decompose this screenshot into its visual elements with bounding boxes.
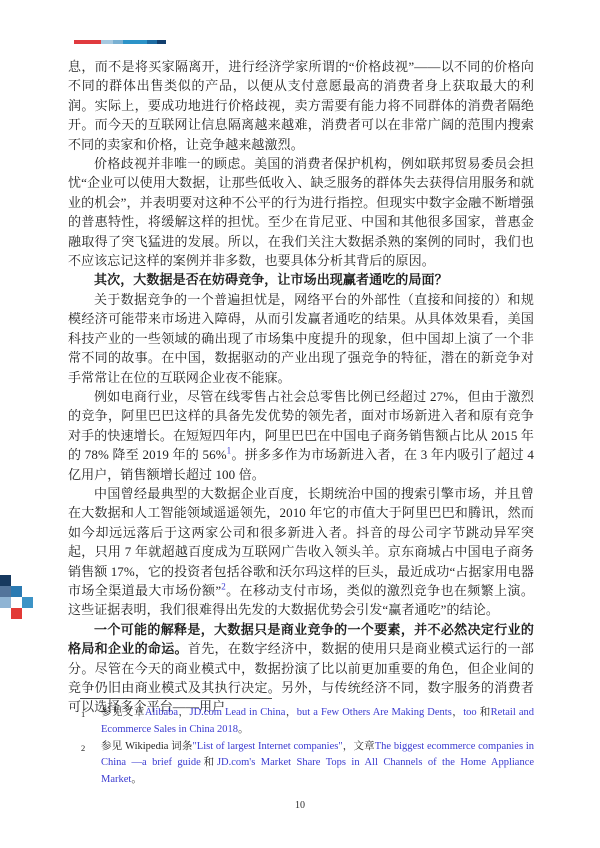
paragraph: 价格歧视并非唯一的顾虑。美国的消费者保护机构，例如联邦贸易委员会担忧“企业可以使… — [68, 154, 534, 270]
pixel-square — [22, 597, 33, 608]
paragraph: 关于数据竞争的一个普遍担忧是，网络平台的外部性（直接和间接的）和规模经济可能带来… — [68, 290, 534, 387]
paragraph: 中国曾经最典型的大数据企业百度，长期统治中国的搜索引擎市场，并且曾在大数据和人工… — [68, 484, 534, 620]
pixel-square — [11, 608, 22, 619]
footnote-separator — [80, 698, 272, 699]
footnote: 1 参见文章Alibaba，JD.com Lead in China，but a… — [68, 705, 534, 739]
color-bar-segment — [74, 40, 101, 44]
color-bar-segment — [113, 40, 123, 44]
pixel-square — [0, 586, 11, 597]
footnote-text: 参见 Wikipedia 词条"List of largest Internet… — [101, 739, 534, 789]
link-text[interactable]: Alibaba — [145, 707, 178, 718]
footnote: 2 参见 Wikipedia 词条"List of largest Intern… — [68, 739, 534, 789]
text-run: 和 — [201, 757, 217, 768]
color-bar-segment — [147, 40, 157, 44]
color-bar-segment — [157, 40, 166, 44]
text-run: 和 — [477, 707, 491, 718]
text-run: 参见 Wikipedia 词条 — [101, 741, 193, 752]
text-run: 价格歧视并非唯一的顾虑。美国的消费者保护机构，例如联邦贸易委员会担忧“企业可以使… — [68, 156, 534, 268]
pixel-decoration — [0, 0, 40, 848]
text-run: 息，而不是将买家隔离开，进行经济学家所谓的“价格歧视”——以不同的价格向不同的群… — [68, 59, 534, 152]
footnote-marker: 2 — [68, 739, 101, 789]
text-run: 参见文章 — [101, 707, 145, 718]
footnotes: 1 参见文章Alibaba，JD.com Lead in China，but a… — [68, 698, 534, 789]
top-color-bar — [74, 40, 166, 44]
footnote-marker: 1 — [68, 705, 101, 739]
footnote-text: 参见文章Alibaba，JD.com Lead in China，but a F… — [101, 705, 534, 739]
body-text: 息，而不是将买家隔离开，进行经济学家所谓的“价格歧视”——以不同的价格向不同的群… — [68, 57, 534, 717]
pixel-square — [0, 575, 11, 586]
text-run: 。 — [238, 724, 249, 735]
page-number: 10 — [0, 800, 600, 811]
text-run: ，文章 — [343, 741, 375, 752]
text-run: 中国曾经最典型的大数据企业百度，长期统治中国的搜索引擎市场，并且曾在大数据和人工… — [68, 486, 534, 598]
text-run: ， — [178, 707, 189, 718]
link-text[interactable]: "List of largest Internet companies" — [193, 741, 343, 752]
link-text[interactable]: too — [463, 707, 476, 718]
text-run: ， — [285, 707, 296, 718]
section-heading: 其次，大数据是否在妨碍竞争，让市场出现赢者通吃的局面？ — [68, 270, 534, 289]
link-text[interactable]: but a Few Others Are Making Dents — [297, 707, 452, 718]
document-page: 息，而不是将买家隔离开，进行经济学家所谓的“价格歧视”——以不同的价格向不同的群… — [0, 0, 600, 848]
text-run: ， — [452, 707, 463, 718]
text-run: 其次，大数据是否在妨碍竞争，让市场出现赢者通吃的局面？ — [94, 272, 448, 287]
pixel-square — [11, 586, 22, 597]
color-bar-segment — [123, 40, 147, 44]
link-text[interactable]: JD.com Lead in China — [190, 707, 286, 718]
paragraph: 息，而不是将买家隔离开，进行经济学家所谓的“价格歧视”——以不同的价格向不同的群… — [68, 57, 534, 154]
pixel-square — [11, 597, 22, 608]
color-bar-segment — [101, 40, 113, 44]
paragraph: 例如电商行业，尽管在线零售占社会总零售比例已经超过 27%，但由于激烈的竞争，阿… — [68, 387, 534, 484]
text-run: 关于数据竞争的一个普遍担忧是，网络平台的外部性（直接和间接的）和规模经济可能带来… — [68, 292, 534, 385]
pixel-square — [0, 597, 11, 608]
text-run: 。 — [131, 774, 142, 785]
